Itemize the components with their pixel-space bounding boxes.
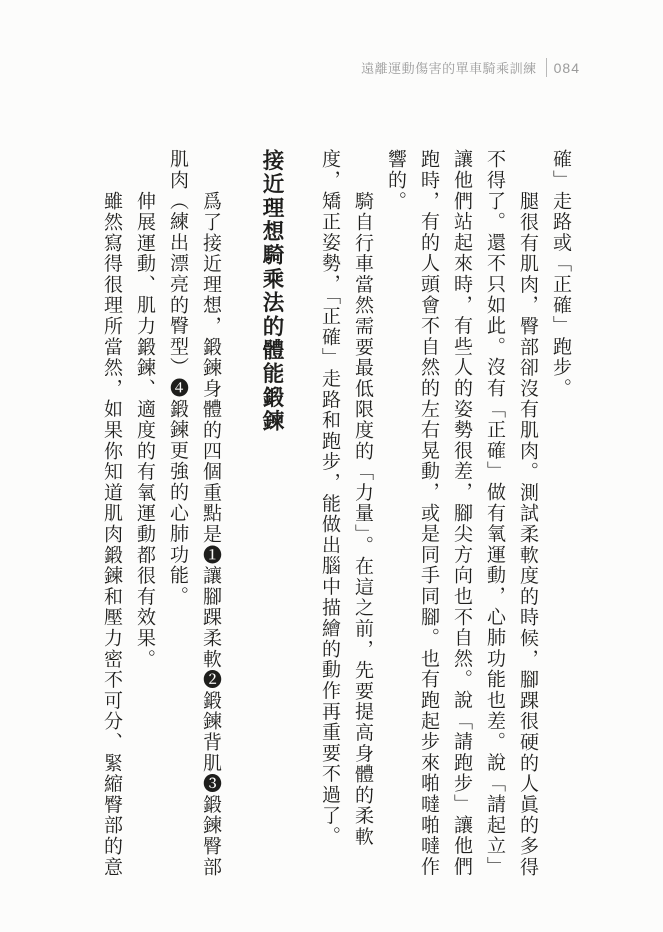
running-title: 遠離運動傷害的單車騎乘訓練 — [361, 58, 537, 77]
text-column: 響的。 — [379, 149, 412, 894]
text-column: 腿很有肌肉，臀部卻沒有肌肉。測試柔軟度的時候，腳踝很硬的人眞的多得 — [511, 149, 544, 894]
text-column: 伸展運動、肌力鍛鍊、適度的有氧運動都很有效果。 — [128, 149, 161, 894]
text-column: 騎自行車當然需要最低限度的「力量」。在這之前，先要提高身體的柔軟 — [346, 149, 379, 894]
text-column: 爲了接近理想，鍛鍊身體的四個重點是❶讓腳踝柔軟❷鍛鍊背肌❸鍛鍊臀部 — [194, 149, 227, 894]
header-divider — [546, 58, 547, 77]
text-column: 雖然寫得很理所當然，如果你知道肌肉鍛鍊和壓力密不可分、緊縮臀部的意 — [95, 149, 128, 894]
text-column: 確」走路或「正確」跑步。 — [544, 149, 577, 894]
text-column: 度，矯正姿勢，「正確」走路和跑步，能做出腦中描繪的動作再重要不過了。 — [313, 149, 346, 894]
text-column: 不得了。還不只如此。沒有「正確」做有氧運動，心肺功能也差。說「請起立」 — [478, 149, 511, 894]
text-column: 跑時，有的人頭會不自然的左右晃動，或是同手同腳。也有跑起步來啪噠啪噠作 — [412, 149, 445, 894]
text-column: 讓他們站起來時，有些人的姿勢很差，腳尖方向也不自然。說「請跑步」讓他們 — [445, 149, 478, 894]
running-header: 遠離運動傷害的單車騎乘訓練 084 — [361, 58, 580, 77]
section-heading: 接近理想騎乘法的體能鍛鍊 — [253, 149, 291, 894]
book-page: 遠離運動傷害的單車騎乘訓練 084 確」走路或「正確」跑步。腿很有肌肉，臀部卻沒… — [0, 0, 663, 932]
page-number: 084 — [554, 60, 580, 76]
text-column: 肌肉（練出漂亮的臀型）❹鍛鍊更強的心肺功能。 — [161, 149, 194, 894]
text-block: 確」走路或「正確」跑步。腿很有肌肉，臀部卻沒有肌肉。測試柔軟度的時候，腳踝很硬的… — [95, 149, 577, 894]
